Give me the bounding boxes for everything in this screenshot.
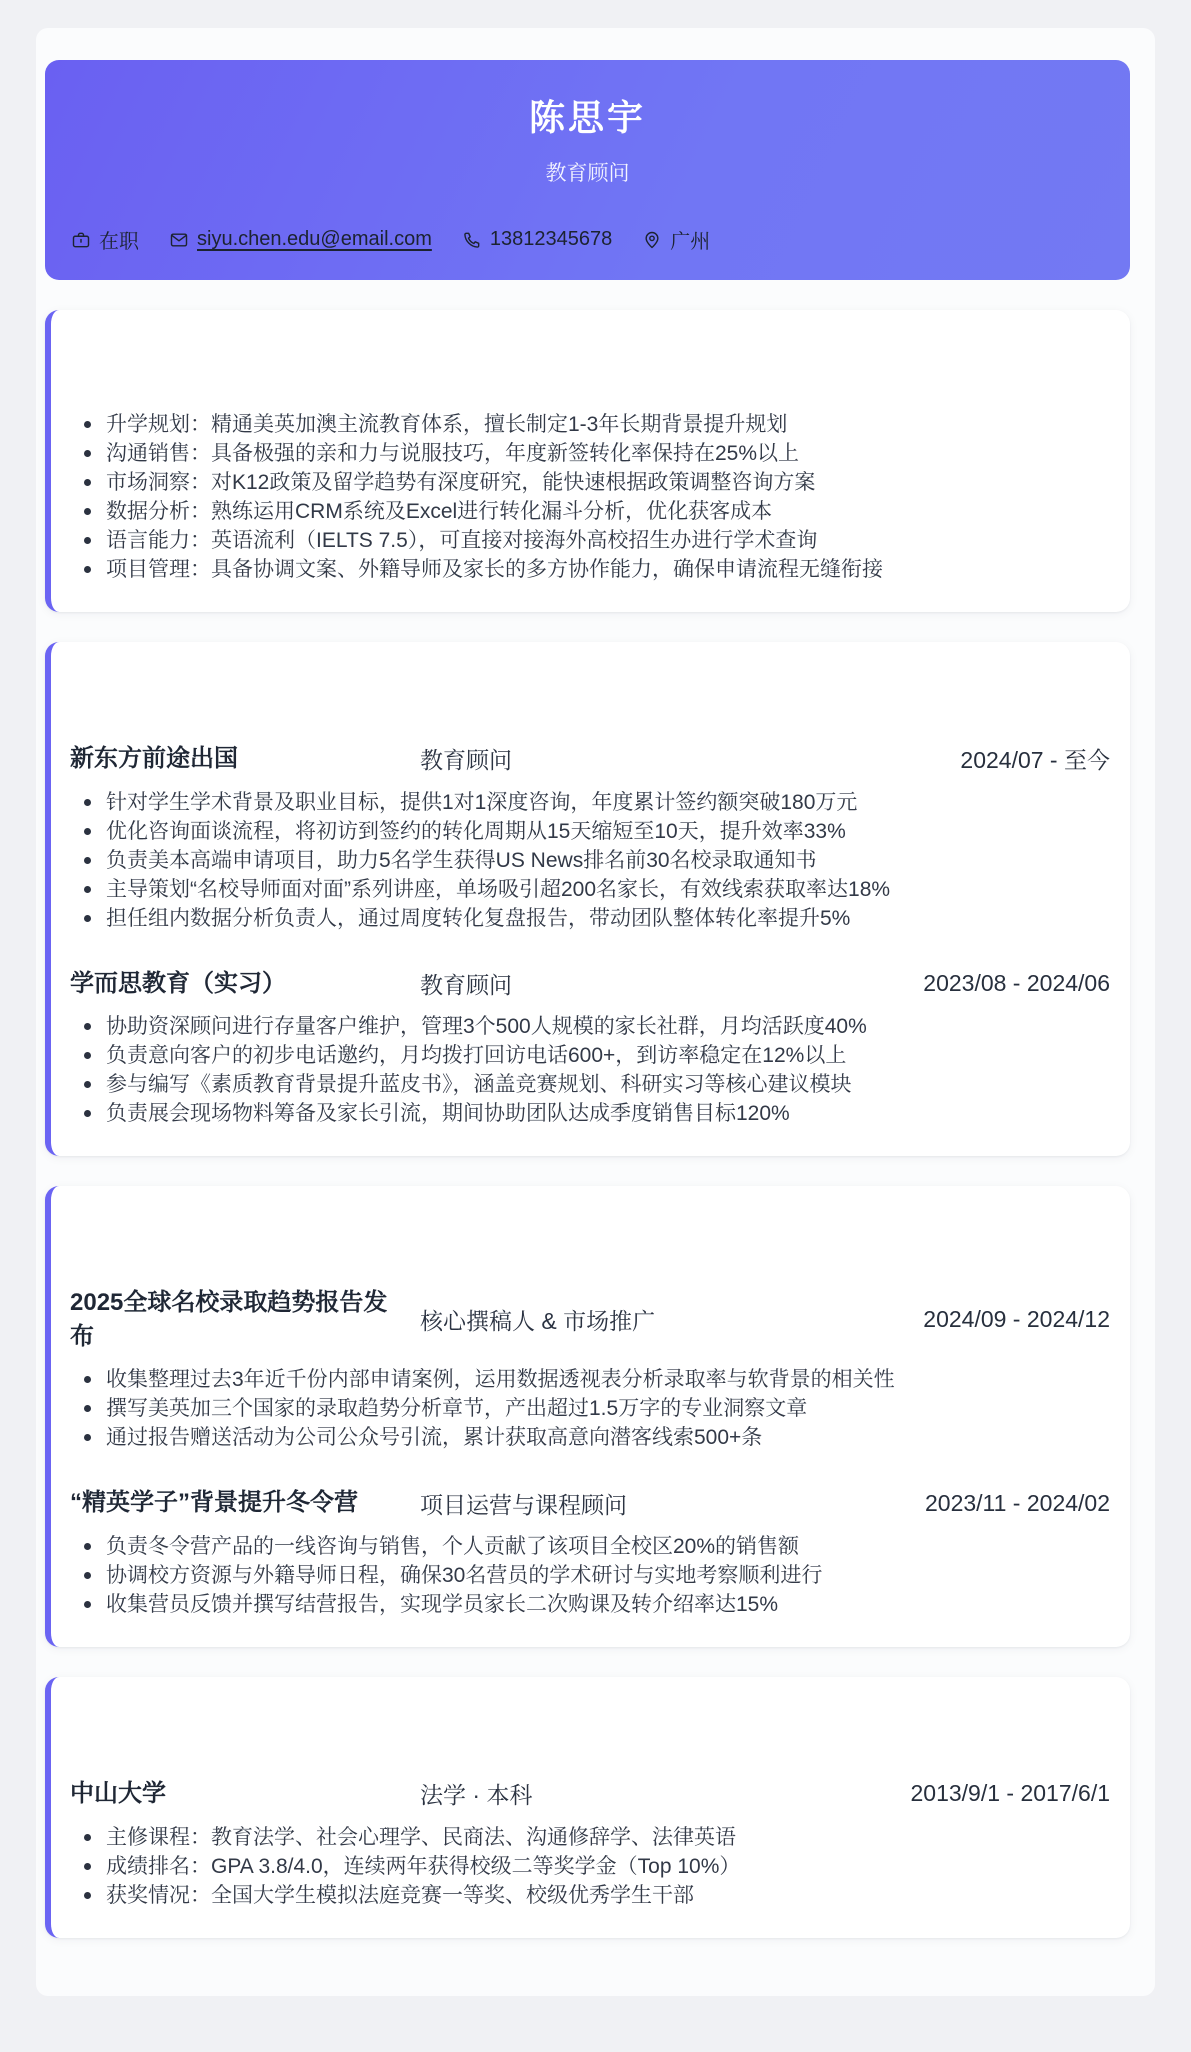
resume-header: 陈思宇 教育顾问 在职 (45, 60, 1130, 280)
contact-row: 在职 siyu.chen.edu@email.com 1381234567 (71, 225, 1104, 254)
bullet-item: 协调校方资源与外籍导师日程，确保30名营员的学术研讨与实地考察顺利进行 (70, 1561, 1110, 1590)
phone-item: 13812345678 (462, 228, 612, 251)
phone-number: 13812345678 (490, 228, 612, 251)
job-role: 教育顾问 (420, 967, 512, 1000)
employment-status: 在职 (71, 225, 139, 254)
bullet-item: 协助资深顾问进行存量客户维护，管理3个500人规模的家长社群，月均活跃度40% (70, 1012, 1110, 1041)
project-entry-header: 2025全球名校录取趋势报告发布 核心撰稿人 & 市场推广 2024/09 - … (70, 1286, 1110, 1353)
bullet-item: 担任组内数据分析负责人，通过周度转化复盘报告，带动团队整体转化率提升5% (70, 904, 1110, 933)
date-range: 2023/08 - 2024/06 (923, 970, 1110, 997)
work-bullet-list: 针对学生学术背景及职业目标，提供1对1深度咨询，年度累计签约额突破180万元 优… (70, 788, 1110, 933)
city-label: 广州 (670, 225, 710, 254)
education-entry-header: 中山大学 法学 · 本科 2013/9/1 - 2017/6/1 (70, 1777, 1110, 1811)
skill-item: 沟通销售：具备极强的亲和力与说服技巧，年度新签转化率保持在25%以上 (70, 439, 1110, 468)
skills-list: 升学规划：精通美英加澳主流教育体系，擅长制定1-3年长期背景提升规划 沟通销售：… (70, 410, 1110, 584)
work-entry-header: 新东方前途出国 教育顾问 2024/07 - 至今 (70, 742, 1110, 776)
project-name: 2025全球名校录取趋势报告发布 (70, 1286, 400, 1353)
project-entry: 2025全球名校录取趋势报告发布 核心撰稿人 & 市场推广 2024/09 - … (70, 1286, 1110, 1452)
project-name: “精英学子”背景提升冬令营 (70, 1486, 400, 1520)
work-experience-card: 新东方前途出国 教育顾问 2024/07 - 至今 针对学生学术背景及职业目标，… (45, 642, 1130, 1156)
person-job-title: 教育顾问 (71, 157, 1104, 187)
education-bullet-list: 主修课程：教育法学、社会心理学、民商法、沟通修辞学、法律英语 成绩排名：GPA … (70, 1823, 1110, 1910)
envelope-icon (169, 230, 189, 250)
education-card: 中山大学 法学 · 本科 2013/9/1 - 2017/6/1 主修课程：教育… (45, 1677, 1130, 1938)
bullet-item: 负责冬令营产品的一线咨询与销售，个人贡献了该项目全校区20%的销售额 (70, 1532, 1110, 1561)
resume-page: 陈思宇 教育顾问 在职 (36, 28, 1155, 1996)
project-bullet-list: 负责冬令营产品的一线咨询与销售，个人贡献了该项目全校区20%的销售额 协调校方资… (70, 1532, 1110, 1619)
bullet-item: 参与编写《素质教育背景提升蓝皮书》，涵盖竞赛规划、科研实习等核心建议模块 (70, 1070, 1110, 1099)
email-link[interactable]: siyu.chen.edu@email.com (197, 228, 432, 251)
major-degree: 法学 · 本科 (420, 1777, 532, 1810)
bullet-item: 收集整理过去3年近千份内部申请案例，运用数据透视表分析录取率与软背景的相关性 (70, 1365, 1110, 1394)
phone-icon (462, 230, 482, 250)
education-entry: 中山大学 法学 · 本科 2013/9/1 - 2017/6/1 主修课程：教育… (70, 1777, 1110, 1910)
work-entry-header: 学而思教育（实习） 教育顾问 2023/08 - 2024/06 (70, 967, 1110, 1001)
person-name: 陈思宇 (71, 90, 1104, 141)
skill-item: 数据分析：熟练运用CRM系统及Excel进行转化漏斗分析，优化获客成本 (70, 497, 1110, 526)
skill-item: 语言能力：英语流利（IELTS 7.5），可直接对接海外高校招生办进行学术查询 (70, 526, 1110, 555)
project-bullet-list: 收集整理过去3年近千份内部申请案例，运用数据透视表分析录取率与软背景的相关性 撰… (70, 1365, 1110, 1452)
bullet-item: 负责意向客户的初步电话邀约，月均拨打回访电话600+，到访率稳定在12%以上 (70, 1041, 1110, 1070)
employment-status-label: 在职 (99, 225, 139, 254)
company-name: 学而思教育（实习） (70, 967, 400, 1001)
city-item: 广州 (642, 225, 710, 254)
bullet-item: 通过报告赠送活动为公司公众号引流，累计获取高意向潜客线索500+条 (70, 1423, 1110, 1452)
date-range: 2023/11 - 2024/02 (925, 1490, 1110, 1517)
projects-card: 2025全球名校录取趋势报告发布 核心撰稿人 & 市场推广 2024/09 - … (45, 1186, 1130, 1647)
work-entry: 学而思教育（实习） 教育顾问 2023/08 - 2024/06 协助资深顾问进… (70, 967, 1110, 1129)
bullet-item: 优化咨询面谈流程，将初访到签约的转化周期从15天缩短至10天，提升效率33% (70, 817, 1110, 846)
project-role: 核心撰稿人 & 市场推广 (420, 1303, 655, 1336)
bullet-item: 主导策划“名校导师面对面”系列讲座，单场吸引超200名家长，有效线索获取率达18… (70, 875, 1110, 904)
skills-card: 升学规划：精通美英加澳主流教育体系，擅长制定1-3年长期背景提升规划 沟通销售：… (45, 310, 1130, 612)
bullet-item: 收集营员反馈并撰写结营报告，实现学员家长二次购课及转介绍率达15% (70, 1590, 1110, 1619)
bullet-item: 负责美本高端申请项目，助力5名学生获得US News排名前30名校录取通知书 (70, 846, 1110, 875)
school-name: 中山大学 (70, 1777, 400, 1811)
bullet-item: 负责展会现场物料筹备及家长引流，期间协助团队达成季度销售目标120% (70, 1099, 1110, 1128)
skill-item: 市场洞察：对K12政策及留学趋势有深度研究，能快速根据政策调整咨询方案 (70, 468, 1110, 497)
company-name: 新东方前途出国 (70, 742, 400, 776)
work-bullet-list: 协助资深顾问进行存量客户维护，管理3个500人规模的家长社群，月均活跃度40% … (70, 1012, 1110, 1128)
briefcase-icon (71, 230, 91, 250)
work-entry: 新东方前途出国 教育顾问 2024/07 - 至今 针对学生学术背景及职业目标，… (70, 742, 1110, 933)
bullet-item: 获奖情况：全国大学生模拟法庭竞赛一等奖、校级优秀学生干部 (70, 1881, 1110, 1910)
date-range: 2013/9/1 - 2017/6/1 (911, 1780, 1111, 1807)
bullet-item: 撰写美英加三个国家的录取趋势分析章节，产出超过1.5万字的专业洞察文章 (70, 1394, 1110, 1423)
bullet-item: 成绩排名：GPA 3.8/4.0，连续两年获得校级二等奖学金（Top 10%） (70, 1852, 1110, 1881)
location-pin-icon (642, 230, 662, 250)
project-entry-header: “精英学子”背景提升冬令营 项目运营与课程顾问 2023/11 - 2024/0… (70, 1486, 1110, 1520)
date-range: 2024/09 - 2024/12 (923, 1306, 1110, 1333)
project-entry: “精英学子”背景提升冬令营 项目运营与课程顾问 2023/11 - 2024/0… (70, 1486, 1110, 1619)
job-role: 教育顾问 (420, 742, 512, 775)
project-role: 项目运营与课程顾问 (420, 1487, 627, 1520)
skill-item: 项目管理：具备协调文案、外籍导师及家长的多方协作能力，确保申请流程无缝衔接 (70, 555, 1110, 584)
date-range: 2024/07 - 至今 (960, 742, 1110, 775)
bullet-item: 针对学生学术背景及职业目标，提供1对1深度咨询，年度累计签约额突破180万元 (70, 788, 1110, 817)
bullet-item: 主修课程：教育法学、社会心理学、民商法、沟通修辞学、法律英语 (70, 1823, 1110, 1852)
skill-item: 升学规划：精通美英加澳主流教育体系，擅长制定1-3年长期背景提升规划 (70, 410, 1110, 439)
email-item: siyu.chen.edu@email.com (169, 228, 432, 251)
